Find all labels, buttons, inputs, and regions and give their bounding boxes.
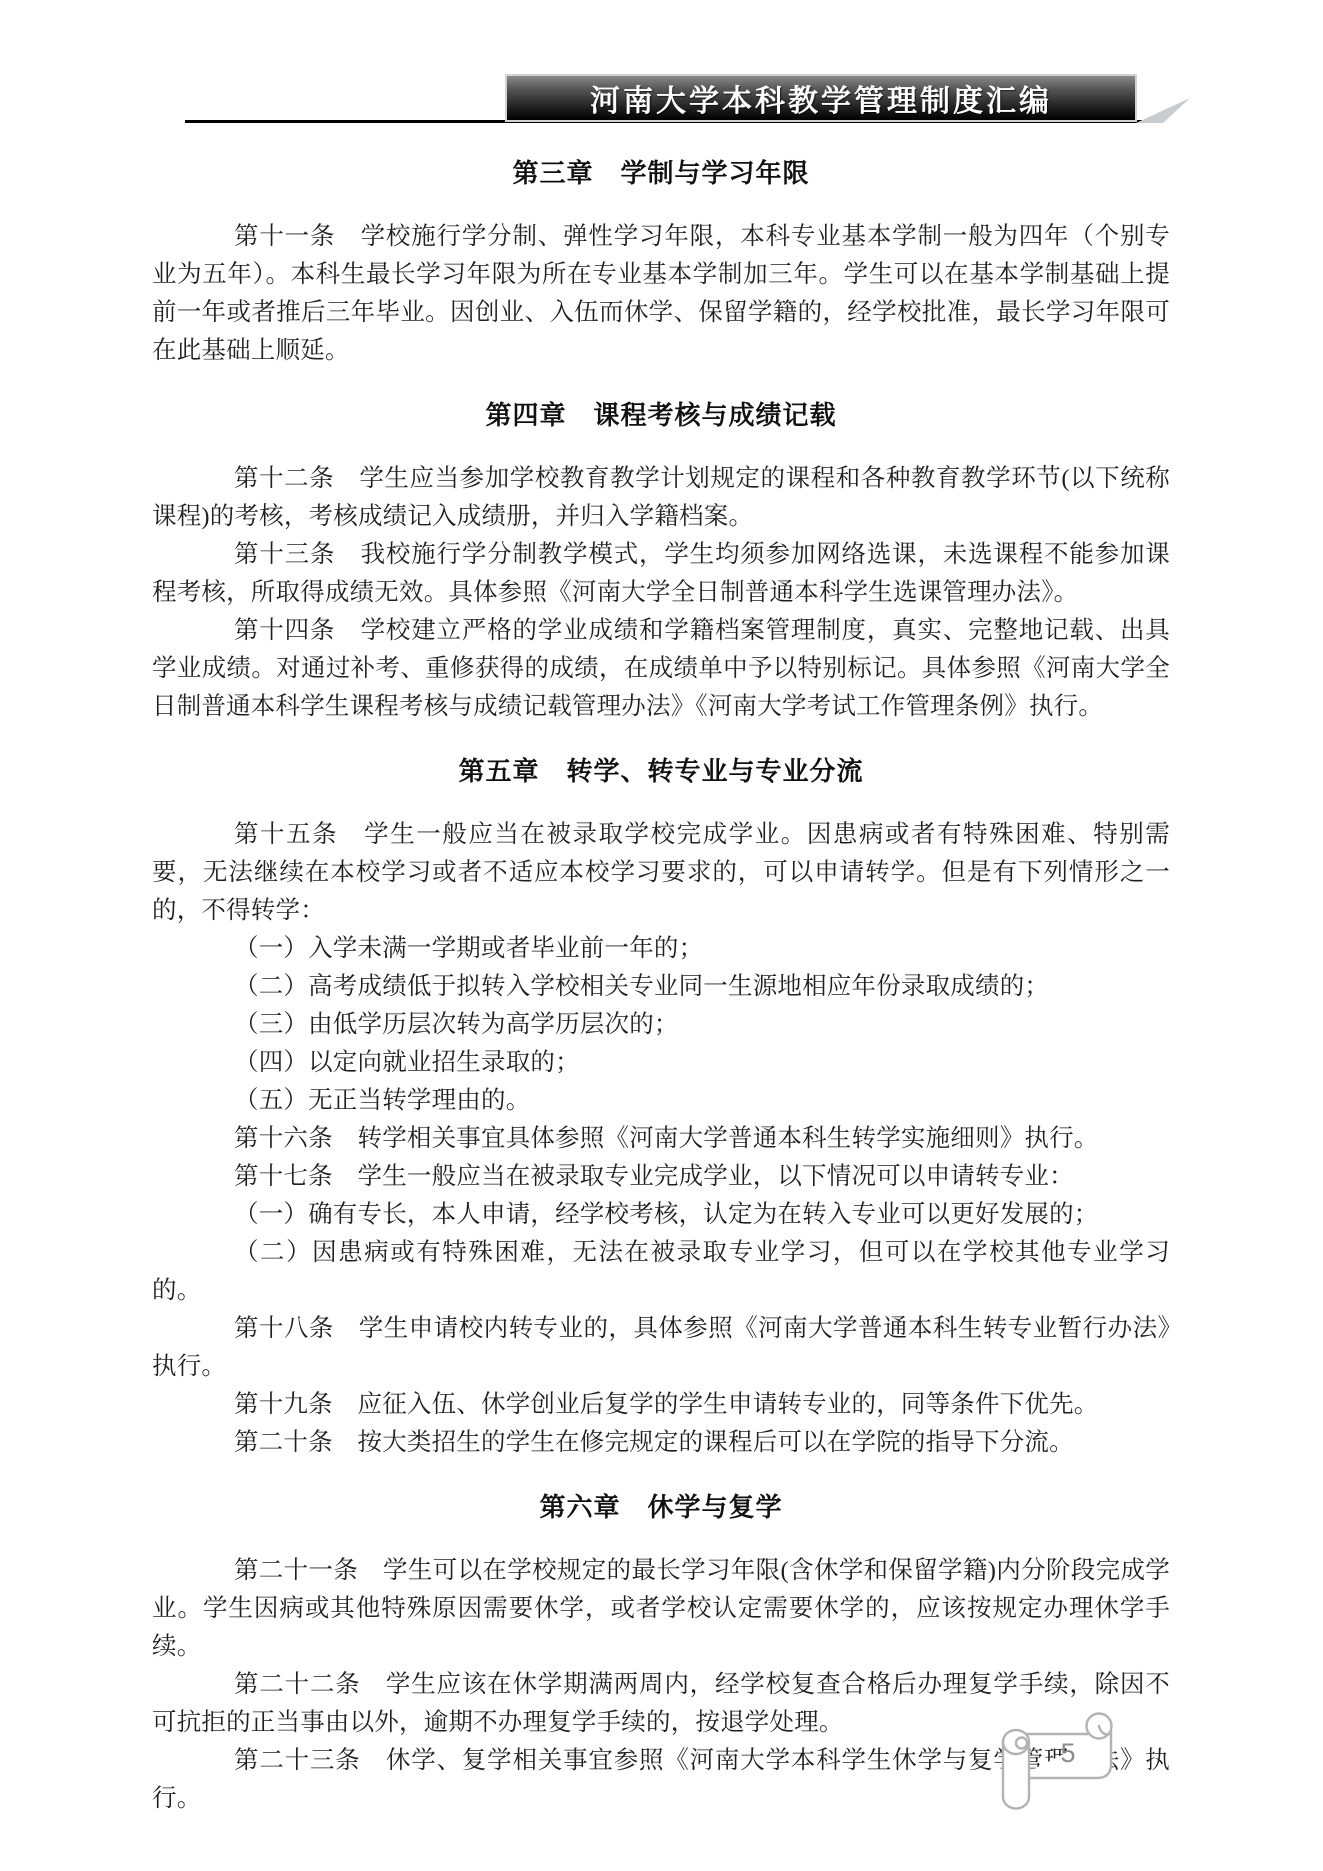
header-banner: 河南大学本科教学管理制度汇编 [505, 74, 1137, 122]
body-paragraph: 第二十条 按大类招生的学生在修完规定的课程后可以在学院的指导下分流。 [152, 1424, 1170, 1462]
chapter-heading: 第六章 休学与复学 [152, 1488, 1170, 1526]
body-paragraph: （三）由低学历层次转为高学历层次的； [152, 1006, 1170, 1044]
body-paragraph: 第十一条 学校施行学分制、弹性学习年限，本科专业基本学制一般为四年（个别专业为五… [152, 218, 1170, 370]
body-paragraph: 第十七条 学生一般应当在被录取专业完成学业，以下情况可以申请转专业： [152, 1158, 1170, 1196]
header-title: 河南大学本科教学管理制度汇编 [590, 76, 1052, 120]
body-paragraph: （二）因患病或有特殊困难，无法在被录取专业学习，但可以在学校其他专业学习的。 [152, 1234, 1170, 1310]
body-paragraph: 第十二条 学生应当参加学校教育教学计划规定的课程和各种教育教学环节(以下统称课程… [152, 460, 1170, 536]
chapter-heading: 第四章 课程考核与成绩记载 [152, 396, 1170, 434]
body-paragraph: 第十六条 转学相关事宜具体参照《河南大学普通本科生转学实施细则》执行。 [152, 1120, 1170, 1158]
page-number: 5 [1038, 1738, 1098, 1769]
banner-arrow-icon [1136, 98, 1192, 124]
body-paragraph: （一）入学未满一学期或者毕业前一年的； [152, 930, 1170, 968]
body-paragraph: （二）高考成绩低于拟转入学校相关专业同一生源地相应年份录取成绩的； [152, 968, 1170, 1006]
body-paragraph: （四）以定向就业招生录取的； [152, 1044, 1170, 1082]
document-body: 第三章 学制与学习年限第十一条 学校施行学分制、弹性学习年限，本科专业基本学制一… [152, 128, 1170, 1818]
body-paragraph: 第十八条 学生申请校内转专业的，具体参照《河南大学普通本科生转专业暂行办法》执行… [152, 1310, 1170, 1386]
body-paragraph: 第十九条 应征入伍、休学创业后复学的学生申请转专业的，同等条件下优先。 [152, 1386, 1170, 1424]
body-paragraph: 第二十一条 学生可以在学校规定的最长学习年限(含休学和保留学籍)内分阶段完成学业… [152, 1552, 1170, 1666]
body-paragraph: （五）无正当转学理由的。 [152, 1082, 1170, 1120]
body-paragraph: 第十四条 学校建立严格的学业成绩和学籍档案管理制度，真实、完整地记载、出具学业成… [152, 612, 1170, 726]
page-root: 河南大学本科教学管理制度汇编 第三章 学制与学习年限第十一条 学校施行学分制、弹… [0, 0, 1323, 1871]
chapter-heading: 第五章 转学、转专业与专业分流 [152, 752, 1170, 790]
body-paragraph: 第十三条 我校施行学分制教学模式，学生均须参加网络选课，未选课程不能参加课程考核… [152, 536, 1170, 612]
body-paragraph: （一）确有专长，本人申请，经学校考核，认定为在转入专业可以更好发展的； [152, 1196, 1170, 1234]
body-paragraph: 第十五条 学生一般应当在被录取学校完成学业。因患病或者有特殊困难、特别需要，无法… [152, 816, 1170, 930]
chapter-heading: 第三章 学制与学习年限 [152, 154, 1170, 192]
